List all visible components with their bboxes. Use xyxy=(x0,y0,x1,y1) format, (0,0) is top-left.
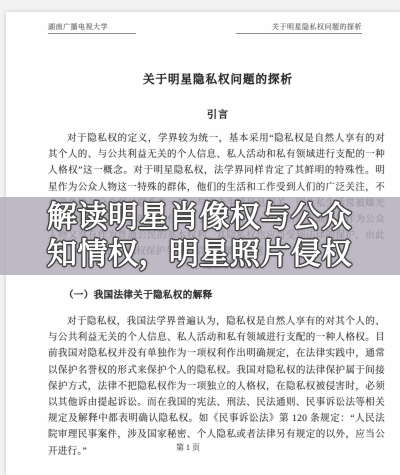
caption-line-2: 知情权，明星照片侵权 xyxy=(47,236,400,273)
intro-heading: 引言 xyxy=(48,106,388,121)
page-header-right: 关于明星隐私权问题的探析 xyxy=(236,22,362,32)
page-header-left: 湖南广播电视大学 xyxy=(48,22,108,32)
caption-line-1: 解读明星肖像权与公众 xyxy=(47,199,400,236)
caption-overlay-text: 解读明星肖像权与公众 知情权，明星照片侵权 xyxy=(47,199,400,273)
screenshot-root: 湖南广播电视大学 关于明星隐私权问题的探析 关于明星隐私权问题的探析 引言 对于… xyxy=(0,0,400,475)
subsection-heading: （一）我国法律关于隐私权的解释 xyxy=(64,287,213,301)
document-title: 关于明星隐私权问题的探析 xyxy=(48,71,388,87)
page-number: 第 1 页 xyxy=(6,442,370,453)
header-rule-left xyxy=(48,33,136,34)
header-rule-right xyxy=(236,33,362,34)
body-paragraph: 对于隐私权，我国法学界普遍认为，隐私权是自然人享有的对其个人的、与公共利益无关的… xyxy=(48,314,385,460)
